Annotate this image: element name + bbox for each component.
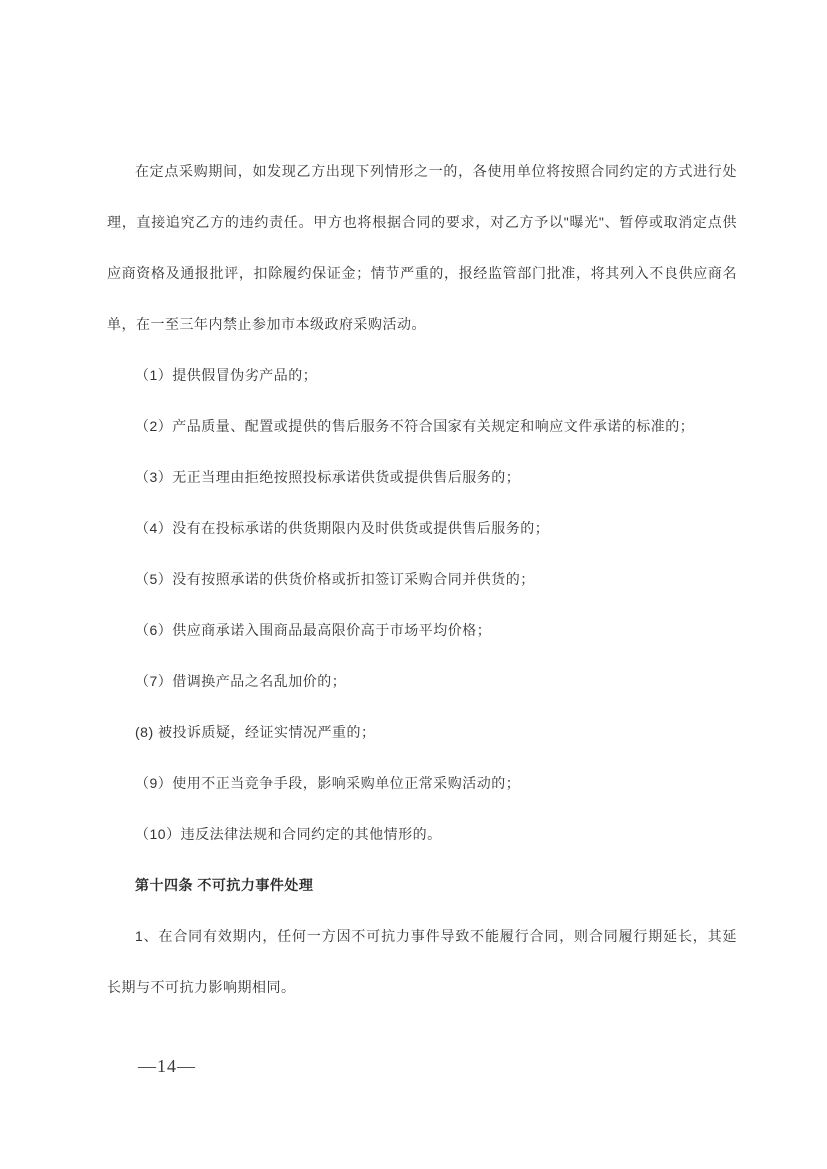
- clause-item-7: （7）借调换产品之名乱加价的；: [107, 656, 737, 707]
- clause-item-2: （2）产品质量、配置或提供的售后服务不符合国家有关规定和响应文件承诺的标准的；: [107, 401, 737, 452]
- page-number: —14—: [138, 1052, 196, 1080]
- clause-item-4: （4）没有在投标承诺的供货期限内及时供货或提供售后服务的；: [107, 503, 737, 554]
- clause-item-8: (8) 被投诉质疑，经证实情况严重的；: [107, 707, 737, 758]
- document-page: 在定点采购期间，如发现乙方出现下列情形之一的，各使用单位将按照合同约定的方式进行…: [0, 0, 827, 1169]
- intro-paragraph: 在定点采购期间，如发现乙方出现下列情形之一的，各使用单位将按照合同约定的方式进行…: [107, 146, 737, 350]
- clause-item-9: （9）使用不正当竞争手段，影响采购单位正常采购活动的；: [107, 758, 737, 809]
- clause-item-3: （3）无正当理由拒绝按照投标承诺供货或提供售后服务的；: [107, 452, 737, 503]
- clause-item-1: （1）提供假冒伪劣产品的；: [107, 350, 737, 401]
- clause-item-10: （10）违反法律法规和合同约定的其他情形的。: [107, 809, 737, 860]
- clause-item-5: （5）没有按照承诺的供货价格或折扣签订采购合同并供货的；: [107, 554, 737, 605]
- section-heading: 第十四条 不可抗力事件处理: [107, 860, 737, 911]
- force-majeure-paragraph: 1、在合同有效期内，任何一方因不可抗力事件导致不能履行合同，则合同履行期延长，其…: [107, 911, 737, 1013]
- document-content: 在定点采购期间，如发现乙方出现下列情形之一的，各使用单位将按照合同约定的方式进行…: [107, 146, 737, 1013]
- clause-item-6: （6）供应商承诺入围商品最高限价高于市场平均价格；: [107, 605, 737, 656]
